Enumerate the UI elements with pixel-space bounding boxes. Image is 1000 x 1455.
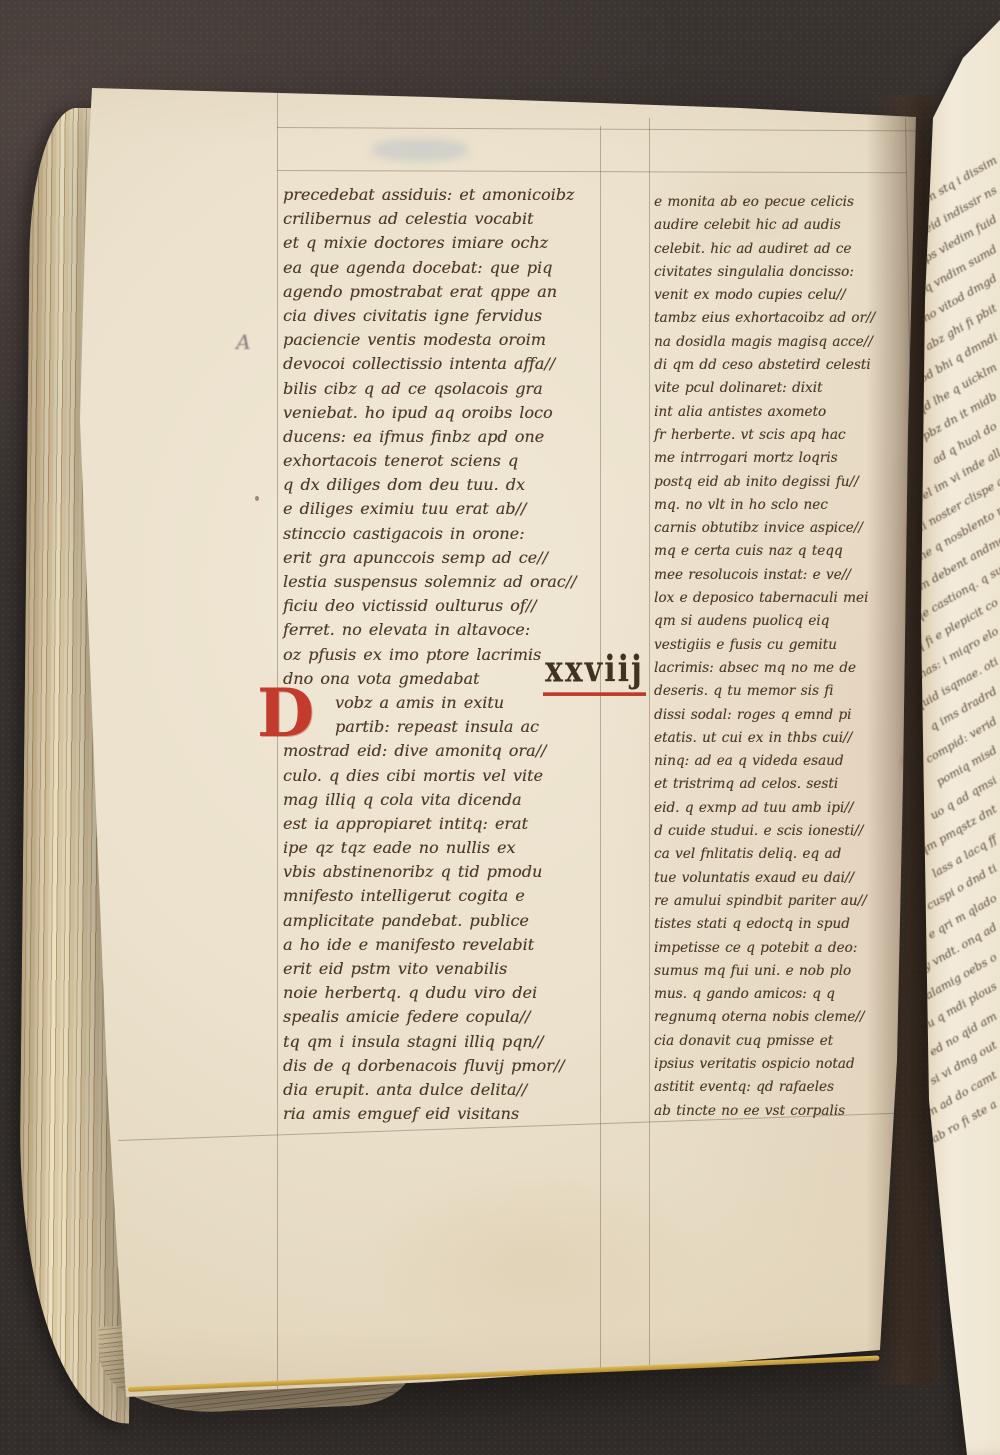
next-leaf-text: am stq i dissimeid indissir nsips vledim…: [905, 148, 1000, 1122]
manuscript-photo: A precedebat assiduis: et amonicoibzcril…: [0, 0, 1000, 1455]
next-leaf-shadow-wrap: am stq i dissimeid indissir nsips vledim…: [0, 0, 1000, 1455]
next-leaf-edge: am stq i dissimeid indissir nsips vledim…: [905, 0, 1000, 1455]
side-page-lines: am stq i dissimeid indissir nsips vledim…: [905, 148, 1000, 1122]
